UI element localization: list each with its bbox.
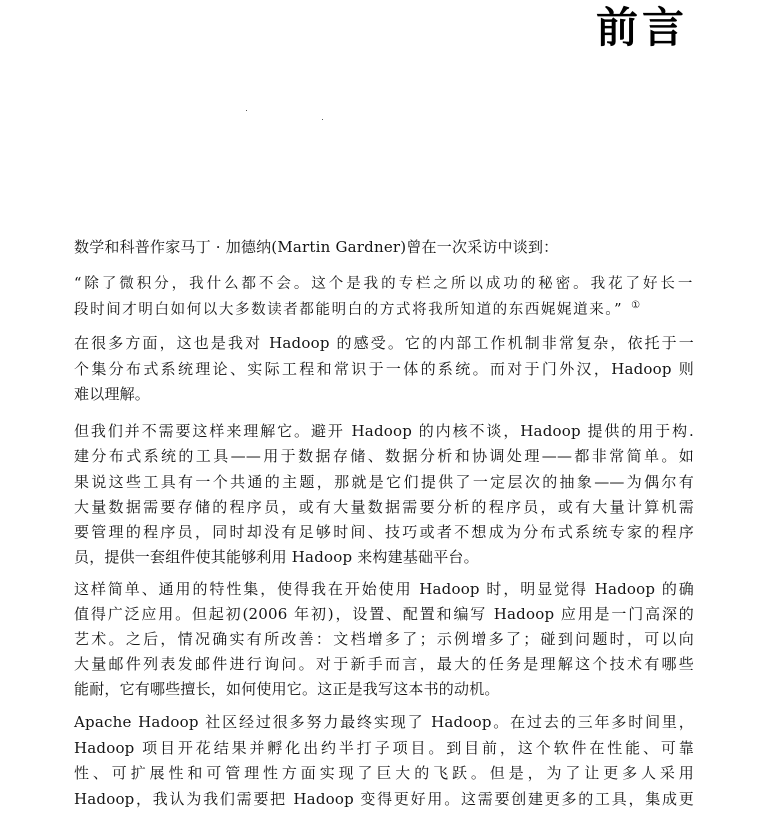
paragraph-line: 这样简单、通用的特性集，使得我在开始使用 Hadoop 时，明显觉得 Hadoo… [74, 579, 694, 599]
paragraph-line: 个集分布式系统理论、实际工程和常识于一体的系统。而对于门外汉，Hadoop 则 [74, 359, 694, 379]
paragraph-line: 建分布式系统的工具——用于数据存储、数据分析和协调处理——都非常简单。如 [74, 446, 694, 466]
paragraph-line: 员，提供一套组件使其能够利用 Hadoop 来构建基础平台。 [74, 547, 694, 567]
paragraph-line: 大量数据需要存储的程序员，或有大量数据需要分析的程序员，或有大量计算机需 [74, 497, 694, 517]
quote-line-text: 段时间才明白如何以大多数读者都能明白的方式将我所知道的东西娓娓道来。” [74, 302, 623, 318]
paragraph-line: 性、可扩展性和可管理性方面实现了巨大的飞跃。但是，为了让更多人采用 [74, 763, 694, 783]
paragraph-line: 值得广泛应用。但起初(2006 年初)，设置、配置和编写 Hadoop 应用是一… [74, 604, 694, 624]
paragraph-line: 能耐，它有哪些擅长，如何使用它。这正是我写这本书的动机。 [74, 679, 694, 699]
paragraph-line: 果说这些工具有一个共通的主题，那就是它们提供了一定层次的抽象——为偶尔有 [74, 472, 694, 492]
paragraph-line: 难以理解。 [74, 384, 694, 404]
paragraph-line: 在很多方面，这也是我对 Hadoop 的感受。它的内部工作机制非常复杂，依托于一 [74, 333, 694, 353]
paragraph-line: 大量邮件列表发邮件进行询问。对于新手而言，最大的任务是理解这个技术有哪些 [74, 654, 694, 674]
page-title: 前言 [596, 2, 688, 54]
footnote-marker[interactable]: ① [631, 300, 642, 311]
quote-line: “除了微积分，我什么都不会。这个是我的专栏之所以成功的秘密。我花了好长一 [74, 274, 694, 294]
paragraph-line: Hadoop，我认为我们需要把 Hadoop 变得更好用。这需要创建更多的工具，… [74, 789, 694, 809]
scan-speck [322, 119, 323, 120]
scan-speck [246, 110, 247, 111]
paragraph-intro-line: 数学和科普作家马丁 · 加德纳(Martin Gardner)曾在一次采访中谈到… [74, 237, 694, 257]
paragraph-line: Apache Hadoop 社区经过很多努力最终实现了 Hadoop。在过去的三… [74, 712, 694, 732]
paragraph-line: 要管理的程序员，同时却没有足够时间、技巧或者不想成为分布式系统专家的程序 [74, 522, 694, 542]
paragraph-line: 艺术。之后，情况确实有所改善：文档增多了；示例增多了；碰到问题时，可以向 [74, 629, 694, 649]
paragraph-line: 但我们并不需要这样来理解它。避开 Hadoop 的内核不谈，Hadoop 提供的… [74, 421, 694, 441]
paragraph-line: Hadoop 项目开花结果并孵化出约半打子项目。到目前，这个软件在性能、可靠 [74, 738, 694, 758]
quote-line: 段时间才明白如何以大多数读者都能明白的方式将我所知道的东西娓娓道来。”① [74, 296, 694, 320]
